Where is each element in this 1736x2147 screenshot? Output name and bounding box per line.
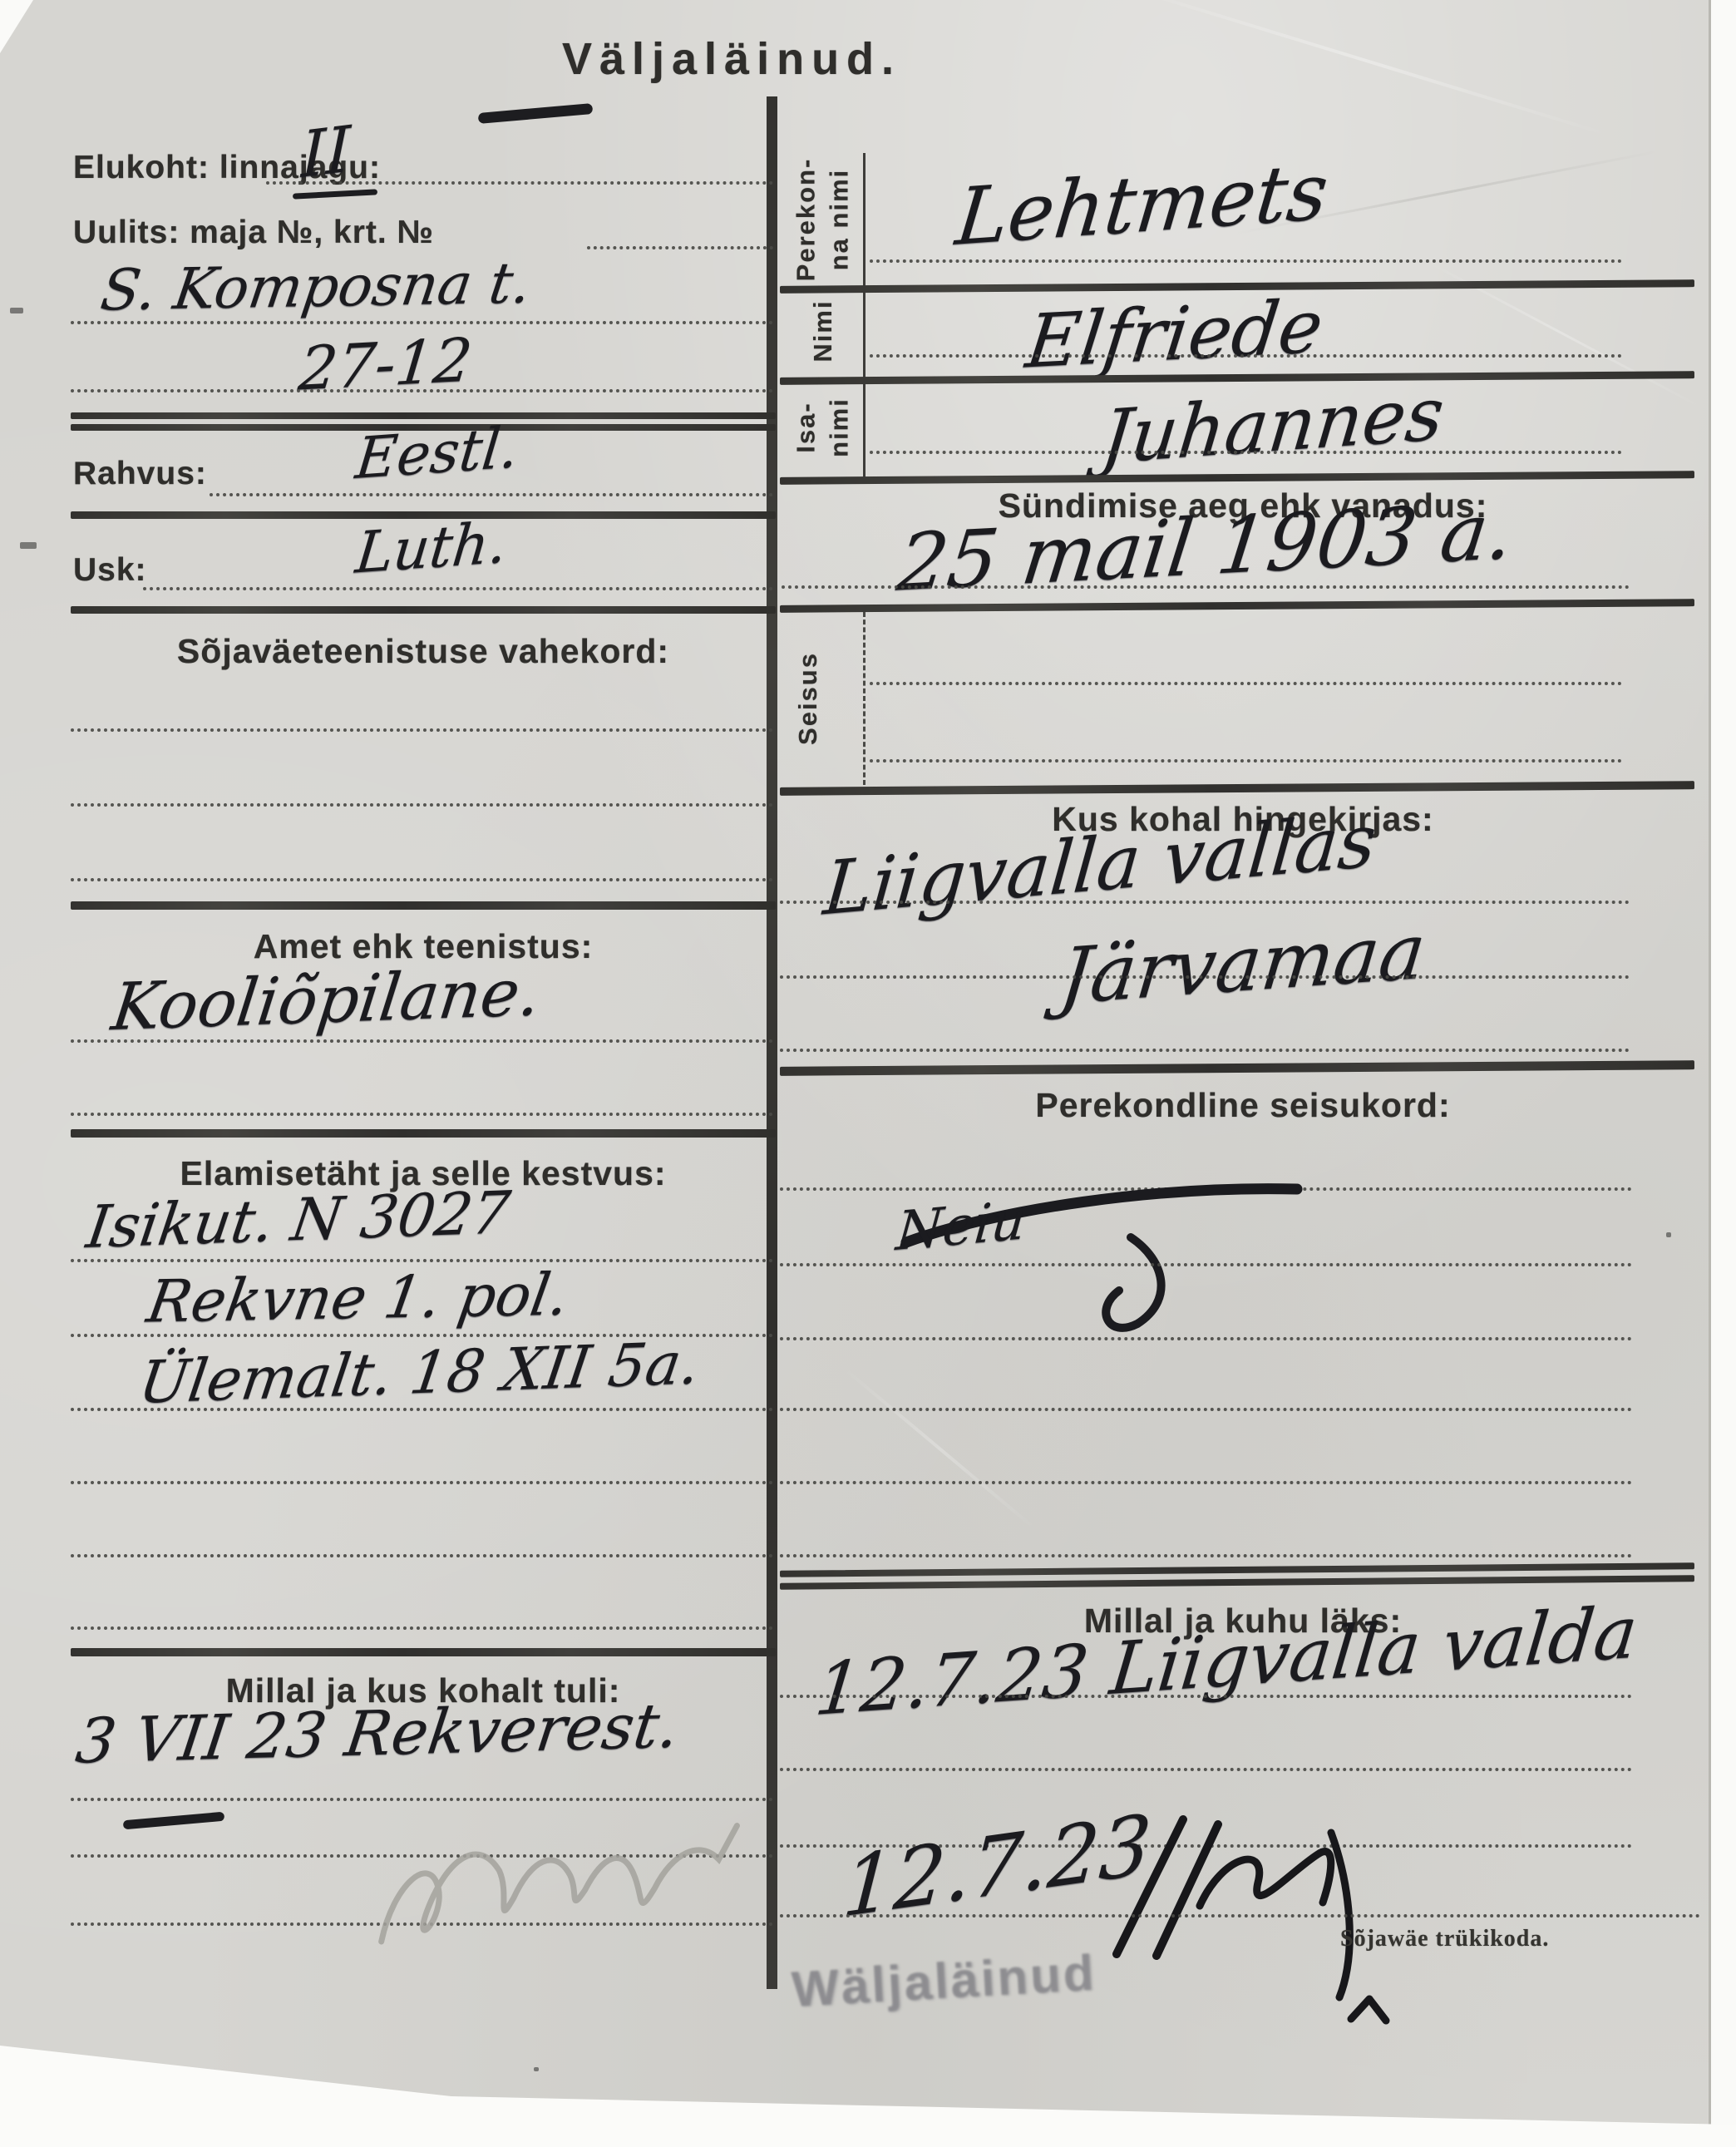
dotted-line xyxy=(71,1039,773,1043)
separator-bar xyxy=(780,1060,1694,1076)
separator-bar xyxy=(71,901,776,910)
dust-speck xyxy=(10,308,23,313)
field-label-isanimi: Isa- nimi xyxy=(790,397,857,457)
page-title: Väljaläinud. xyxy=(466,33,998,85)
dotted-line xyxy=(780,1768,1632,1771)
scan-edge-top-left xyxy=(0,0,33,53)
handwritten-amet-value: Kooliõpilane. xyxy=(108,955,545,1045)
handwritten-usk-value: Luth. xyxy=(353,510,510,586)
field-label-rahvus: Rahvus: xyxy=(73,456,207,492)
handwritten-tuli-value: 3 VII 23 Rekverest. xyxy=(72,1690,683,1777)
handwritten-nimi-value: Elfriede xyxy=(1022,283,1328,384)
scan-edge-right xyxy=(1709,0,1736,2147)
dotted-line xyxy=(780,901,1630,904)
separator-bar xyxy=(780,471,1694,485)
dotted-line xyxy=(870,682,1622,685)
separator-bar xyxy=(71,1129,776,1138)
handwritten-hingekirjas-line2: Järvamaa xyxy=(1056,906,1430,1022)
section-header-sojavaeteenistus: Sõjaväeteenistuse vahekord: xyxy=(71,632,776,671)
separator-bar xyxy=(71,1648,776,1656)
handwritten-isanimi-value: Juhannes xyxy=(1097,370,1448,481)
handwritten-perekonnanimi-value: Lehtmets xyxy=(952,146,1333,264)
paper-crease xyxy=(1117,0,1610,137)
dotted-line xyxy=(780,1049,1630,1052)
separator-bar xyxy=(780,1562,1694,1577)
section-header-perekondline: Perekondline seisukord: xyxy=(786,1086,1700,1125)
name-rows-inner-rule xyxy=(863,153,866,479)
dotted-line xyxy=(71,1113,773,1116)
handwritten-vii-underline xyxy=(123,1812,224,1830)
dotted-line xyxy=(870,451,1622,454)
dotted-line xyxy=(870,759,1622,763)
field-label-uulits: Uulits: maja №, krt. № xyxy=(73,215,434,251)
field-label-perekonnanimi: Perekon- na nimi xyxy=(790,158,857,282)
dotted-line xyxy=(143,587,773,590)
dotted-line xyxy=(780,1695,1632,1698)
dotted-line xyxy=(780,1408,1632,1411)
pencil-signature xyxy=(350,1775,772,1983)
dust-speck xyxy=(534,2067,539,2071)
scan-edge-bottom xyxy=(0,2046,1736,2147)
handwritten-elamisetaht-line3: Ülemalt. 18 XII 5a. xyxy=(135,1329,703,1417)
dotted-line xyxy=(780,1263,1632,1266)
dust-speck xyxy=(1666,1232,1671,1237)
dotted-line xyxy=(780,1554,1632,1557)
dotted-line xyxy=(71,1481,773,1484)
handwritten-rahvus-value: Eestl. xyxy=(353,415,521,492)
scanned-registration-card: Väljaläinud. Elukoht: linnajagu: II Uuli… xyxy=(0,0,1736,2147)
field-label-nimi: Nimi xyxy=(806,299,840,362)
dotted-line xyxy=(780,1481,1632,1484)
handwritten-street: S. Komposna t. xyxy=(96,250,535,323)
dotted-line xyxy=(780,1914,1700,1917)
dotted-line xyxy=(71,728,773,732)
dotted-line xyxy=(71,878,773,881)
dotted-line xyxy=(587,246,773,249)
separator-bar xyxy=(780,781,1694,796)
printer-credit: Sõjawäe trükikoda. xyxy=(1340,1926,1549,1952)
handwritten-elamisetaht-line1: Isikut. N 3027 xyxy=(82,1178,514,1261)
dotted-line xyxy=(71,389,773,392)
dotted-line xyxy=(780,1337,1632,1340)
dotted-line xyxy=(71,321,773,324)
handwritten-title-underline xyxy=(478,103,594,124)
separator-bar xyxy=(780,1575,1694,1590)
dust-speck xyxy=(20,542,37,549)
ink-signature xyxy=(1077,1796,1434,2046)
separator-bar xyxy=(71,412,776,419)
separator-bar xyxy=(71,606,776,614)
dotted-line xyxy=(870,259,1622,263)
paper-crease xyxy=(843,1367,1036,1530)
dotted-line xyxy=(71,803,773,807)
field-label-seisus: Seisus xyxy=(792,652,825,745)
stamp-valjalainud: Wäljaläinud xyxy=(790,1944,1097,2018)
dotted-line xyxy=(780,975,1630,979)
seisus-inner-rule xyxy=(863,612,866,785)
dotted-line xyxy=(782,585,1630,589)
handwritten-elukoht-value: II xyxy=(300,111,351,192)
dotted-line xyxy=(71,1626,773,1630)
field-label-usk: Usk: xyxy=(73,552,147,589)
dotted-line xyxy=(71,1554,773,1557)
dotted-line xyxy=(870,354,1622,358)
dotted-line xyxy=(210,493,773,496)
handwritten-elamisetaht-line2: Rekvne 1. pol. xyxy=(143,1260,574,1335)
dotted-line xyxy=(71,1408,773,1411)
dotted-line xyxy=(71,1259,773,1262)
handwritten-perekondline-value: Neiu xyxy=(894,1190,1028,1263)
